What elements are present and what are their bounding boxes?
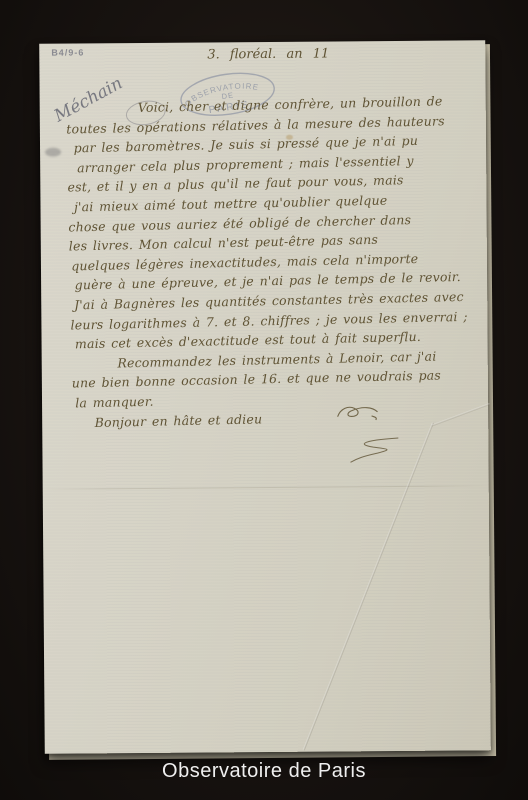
letter-body: Voici, cher et digne confrère, un brouil… [66, 93, 487, 435]
paper-fold-line [43, 485, 489, 490]
shelfmark-annotation: B4/9-6 [51, 47, 84, 57]
caption-text: Observatoire de Paris [0, 760, 528, 783]
paper-stain [45, 148, 61, 157]
letter-page: B4/9-6 Méchain 3. floréal. an 11 OBSERVA… [39, 40, 491, 753]
photo-background: B4/9-6 Méchain 3. floréal. an 11 OBSERVA… [0, 0, 528, 800]
signature-flourish [334, 402, 382, 423]
date-line: 3. floréal. an 11 [207, 46, 329, 62]
paper-crease [303, 422, 434, 750]
signature-swoosh [342, 436, 404, 464]
closing-line: Bonjour en hâte et adieu [73, 411, 263, 435]
